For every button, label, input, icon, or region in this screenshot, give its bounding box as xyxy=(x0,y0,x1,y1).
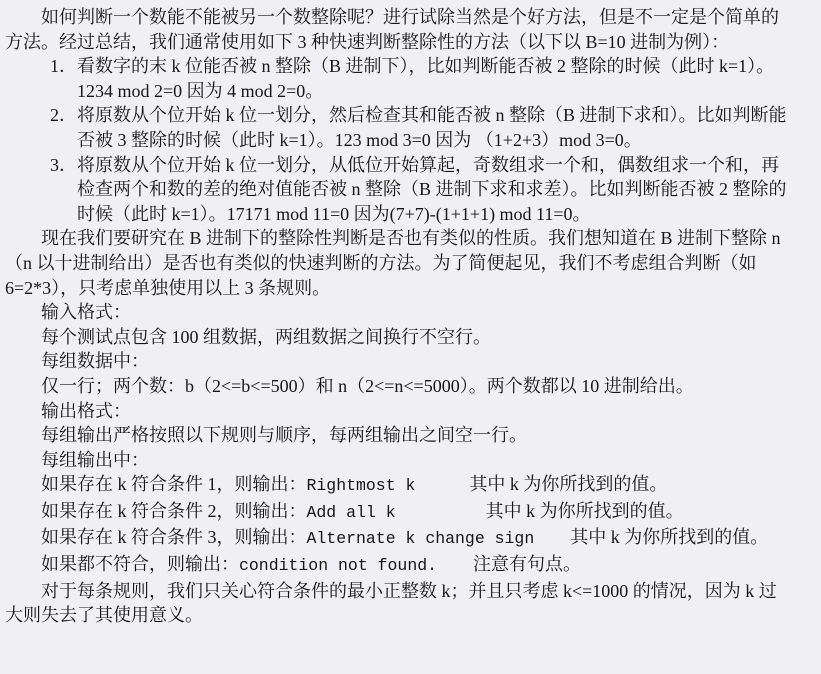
output-code-text: Rightmost k xyxy=(307,476,416,495)
input-format-line-1: 每个测试点包含 100 组数据，两组数据之间换行不空行。 xyxy=(5,325,793,350)
output-case-2: 如果存在 k 符合条件 2，则输出：Add all k 其中 k 为你所找到的值… xyxy=(5,499,793,526)
body-text: 每个测试点包含 100 组数据，两组数据之间换行不空行。 xyxy=(41,327,491,347)
body-text: 仅一行；两个数：b（2<=b<=500）和 n（2<=n<=5000）。两个数都… xyxy=(41,376,694,396)
rule-2-item: 2．将原数从个位开始 k 位一划分，然后检查其和能否被 n 整除（B 进制下求和… xyxy=(50,103,793,152)
problem-statement-paragraph: 现在我们要研究在 B 进制下的整除性判断是否也有类似的性质。我们想知道在 B 进… xyxy=(5,226,793,300)
closing-paragraph: 对于每条规则，我们只关心符合条件的最小正整数 k；并且只考虑 k<=1000 的… xyxy=(5,579,793,628)
output-case-1: 如果存在 k 符合条件 1，则输出：Rightmost k 其中 k 为你所找到… xyxy=(5,472,793,499)
input-format-line-3: 仅一行；两个数：b（2<=b<=500）和 n（2<=n<=5000）。两个数都… xyxy=(5,374,793,399)
list-item-number: 2． xyxy=(50,103,77,128)
output-case-3: 如果存在 k 符合条件 3，则输出：Alternate k change sig… xyxy=(5,525,793,552)
document-page: 如何判断一个数能不能被另一个数整除呢？进行试除当然是个好方法，但是不一定是个简单… xyxy=(0,0,821,674)
body-text: 输出格式： xyxy=(41,401,131,421)
body-text: 如何判断一个数能不能被另一个数整除呢？进行试除当然是个好方法，但是不一定是个简单… xyxy=(5,7,779,52)
input-format-line-2: 每组数据中： xyxy=(5,349,793,374)
body-text: 对于每条规则，我们只关心符合条件的最小正整数 k；并且只考虑 k<=1000 的… xyxy=(5,581,777,626)
output-code-text: condition not found. xyxy=(239,556,437,575)
rule-3-item: 3．将原数从个位开始 k 位一划分，从低位开始算起，奇数组求一个和，偶数组求一个… xyxy=(50,153,793,227)
body-text: 每组输出中： xyxy=(41,450,149,470)
list-item-number: 3． xyxy=(50,153,77,178)
body-text: 将原数从个位开始 k 位一划分，从低位开始算起，奇数组求一个和，偶数组求一个和，… xyxy=(77,155,787,224)
output-code-text: Alternate k change sign xyxy=(307,529,535,548)
output-format-line-1: 每组输出严格按照以下规则与顺序，每两组输出之间空一行。 xyxy=(5,423,793,448)
list-item-number: 1． xyxy=(50,54,77,79)
intro-paragraph: 如何判断一个数能不能被另一个数整除呢？进行试除当然是个好方法，但是不一定是个简单… xyxy=(5,5,793,54)
body-text: 注意有句点。 xyxy=(437,554,581,574)
output-format-heading: 输出格式： xyxy=(5,399,793,424)
body-text: 将原数从个位开始 k 位一划分，然后检查其和能否被 n 整除（B 进制下求和）。… xyxy=(77,105,787,150)
body-text: 其中 k 为你所找到的值。 xyxy=(396,501,684,521)
output-case-none: 如果都不符合，则输出：condition not found. 注意有句点。 xyxy=(5,552,793,579)
output-format-line-2: 每组输出中： xyxy=(5,448,793,473)
input-format-heading: 输入格式： xyxy=(5,300,793,325)
body-text: 如果存在 k 符合条件 3，则输出： xyxy=(41,527,307,547)
output-code-text: Add all k xyxy=(307,503,396,522)
body-text: 如果存在 k 符合条件 1，则输出： xyxy=(41,474,307,494)
body-text: 每组输出严格按照以下规则与顺序，每两组输出之间空一行。 xyxy=(41,425,527,445)
body-text: 如果存在 k 符合条件 2，则输出： xyxy=(41,501,307,521)
rule-1-item: 1．看数字的末 k 位能否被 n 整除（B 进制下），比如判断能否被 2 整除的… xyxy=(50,54,793,103)
body-text: 现在我们要研究在 B 进制下的整除性判断是否也有类似的性质。我们想知道在 B 进… xyxy=(5,228,781,297)
body-text: 输入格式： xyxy=(41,302,131,322)
document-body: 如何判断一个数能不能被另一个数整除呢？进行试除当然是个好方法，但是不一定是个简单… xyxy=(5,5,793,628)
body-text: 其中 k 为你所找到的值。 xyxy=(534,527,768,547)
body-text: 看数字的末 k 位能否被 n 整除（B 进制下），比如判断能否被 2 整除的时候… xyxy=(77,56,774,101)
body-text: 每组数据中： xyxy=(41,351,149,371)
body-text: 如果都不符合，则输出： xyxy=(41,554,239,574)
body-text: 其中 k 为你所找到的值。 xyxy=(415,474,667,494)
